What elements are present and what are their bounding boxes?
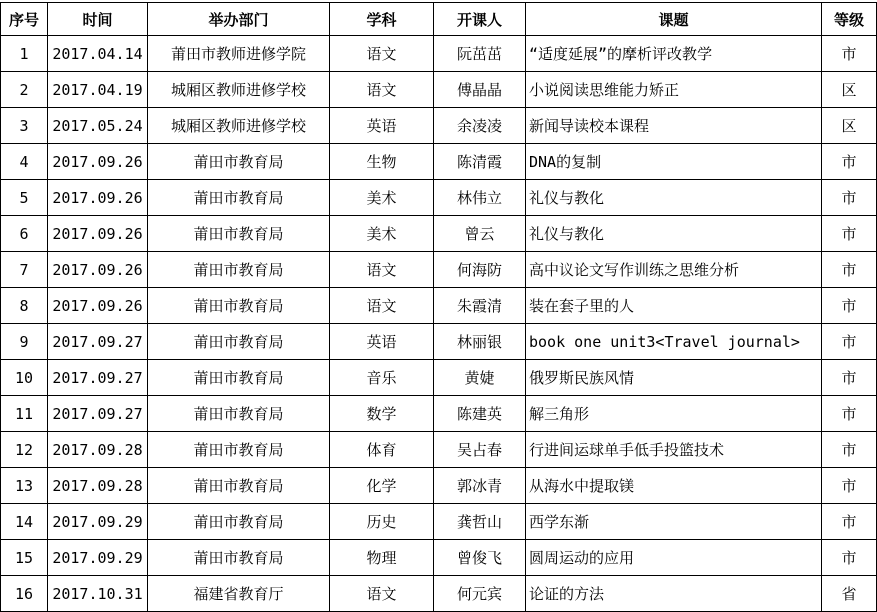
cell-no: 11 [1,396,48,432]
cell-subject: 美术 [330,180,434,216]
cell-no: 8 [1,288,48,324]
cell-date: 2017.09.28 [48,468,148,504]
cell-topic: 西学东渐 [526,504,822,540]
header-lecturer: 开课人 [434,3,526,36]
cell-level: 市 [822,396,877,432]
table-row: 162017.10.31福建省教育厅语文何元宾论证的方法省 [1,576,877,603]
table-row: 62017.09.26莆田市教育局美术曾云礼仪与教化市 [1,216,877,252]
cell-date: 2017.04.19 [48,72,148,108]
cell-date: 2017.09.27 [48,396,148,432]
cell-no: 3 [1,108,48,144]
table-row: 152017.09.29莆田市教育局物理曾俊飞圆周运动的应用市 [1,540,877,576]
table-row: 142017.09.29莆田市教育局历史龚哲山西学东渐市 [1,504,877,540]
cell-date: 2017.09.26 [48,144,148,180]
cell-department: 莆田市教育局 [148,324,330,360]
cell-subject: 体育 [330,432,434,468]
cell-date: 2017.10.31 [48,576,148,603]
cell-lecturer: 陈清霞 [434,144,526,180]
cell-department: 莆田市教育局 [148,360,330,396]
cell-lecturer: 陈建英 [434,396,526,432]
cell-level: 市 [822,432,877,468]
cell-topic: 解三角形 [526,396,822,432]
cell-department: 莆田市教育局 [148,216,330,252]
cell-topic: 装在套子里的人 [526,288,822,324]
cell-subject: 语文 [330,72,434,108]
cell-subject: 化学 [330,468,434,504]
cell-subject: 历史 [330,504,434,540]
document-sheet: 序号时间举办部门学科开课人课题等级 12017.04.14莆田市教师进修学院语文… [0,2,877,602]
cell-lecturer: 龚哲山 [434,504,526,540]
cell-lecturer: 曾俊飞 [434,540,526,576]
cell-level: 省 [822,576,877,603]
cell-lecturer: 曾云 [434,216,526,252]
cell-lecturer: 吴占春 [434,432,526,468]
cell-department: 莆田市教育局 [148,504,330,540]
cell-no: 16 [1,576,48,603]
cell-lecturer: 黄婕 [434,360,526,396]
table-row: 82017.09.26莆田市教育局语文朱霞清装在套子里的人市 [1,288,877,324]
cell-department: 福建省教育厅 [148,576,330,603]
cell-no: 5 [1,180,48,216]
table-row: 42017.09.26莆田市教育局生物陈清霞DNA的复制市 [1,144,877,180]
cell-lecturer: 余凌凌 [434,108,526,144]
cell-no: 6 [1,216,48,252]
cell-date: 2017.09.26 [48,288,148,324]
header-subject: 学科 [330,3,434,36]
table-head: 序号时间举办部门学科开课人课题等级 [1,3,877,36]
cell-department: 莆田市教育局 [148,144,330,180]
table-row: 72017.09.26莆田市教育局语文何海防高中议论文写作训练之思维分析市 [1,252,877,288]
cell-level: 市 [822,468,877,504]
table-row: 22017.04.19城厢区教师进修学校语文傅晶晶小说阅读思维能力矫正区 [1,72,877,108]
cell-topic: DNA的复制 [526,144,822,180]
cell-subject: 英语 [330,108,434,144]
cell-subject: 物理 [330,540,434,576]
header-date: 时间 [48,3,148,36]
cell-level: 市 [822,36,877,72]
cell-department: 城厢区教师进修学校 [148,108,330,144]
cell-subject: 数学 [330,396,434,432]
cell-no: 1 [1,36,48,72]
cell-no: 10 [1,360,48,396]
cell-lecturer: 傅晶晶 [434,72,526,108]
table-row: 52017.09.26莆田市教育局美术林伟立礼仪与教化市 [1,180,877,216]
cell-topic: 圆周运动的应用 [526,540,822,576]
cell-level: 市 [822,540,877,576]
cell-department: 莆田市教师进修学院 [148,36,330,72]
table-row: 32017.05.24城厢区教师进修学校英语余凌凌新闻导读校本课程区 [1,108,877,144]
cell-subject: 语文 [330,36,434,72]
cell-level: 市 [822,144,877,180]
cell-subject: 语文 [330,252,434,288]
cell-department: 城厢区教师进修学校 [148,72,330,108]
cell-no: 9 [1,324,48,360]
cell-no: 2 [1,72,48,108]
header-level: 等级 [822,3,877,36]
cell-date: 2017.09.26 [48,216,148,252]
table-row: 92017.09.27莆田市教育局英语林丽银book one unit3<Tra… [1,324,877,360]
cell-level: 市 [822,180,877,216]
table-row: 132017.09.28莆田市教育局化学郭冰青从海水中提取镁市 [1,468,877,504]
cell-topic: “适度延展”的摩析评改教学 [526,36,822,72]
cell-level: 市 [822,504,877,540]
cell-subject: 生物 [330,144,434,180]
cell-topic: 从海水中提取镁 [526,468,822,504]
cell-lecturer: 何海防 [434,252,526,288]
header-no: 序号 [1,3,48,36]
cell-level: 区 [822,72,877,108]
table-body: 12017.04.14莆田市教师进修学院语文阮茁茁“适度延展”的摩析评改教学市2… [1,36,877,603]
cell-date: 2017.05.24 [48,108,148,144]
cell-department: 莆田市教育局 [148,180,330,216]
cell-date: 2017.04.14 [48,36,148,72]
cell-subject: 美术 [330,216,434,252]
cell-subject: 语文 [330,576,434,603]
training-sessions-table: 序号时间举办部门学科开课人课题等级 12017.04.14莆田市教师进修学院语文… [0,2,877,602]
cell-no: 14 [1,504,48,540]
cell-subject: 音乐 [330,360,434,396]
header-department: 举办部门 [148,3,330,36]
cell-topic: 俄罗斯民族风情 [526,360,822,396]
cell-topic: 高中议论文写作训练之思维分析 [526,252,822,288]
cell-level: 市 [822,324,877,360]
cell-date: 2017.09.27 [48,324,148,360]
cell-date: 2017.09.26 [48,252,148,288]
cell-no: 15 [1,540,48,576]
header-topic: 课题 [526,3,822,36]
cell-lecturer: 林伟立 [434,180,526,216]
cell-date: 2017.09.26 [48,180,148,216]
cell-topic: 礼仪与教化 [526,180,822,216]
cell-lecturer: 阮茁茁 [434,36,526,72]
cell-level: 区 [822,108,877,144]
cell-department: 莆田市教育局 [148,468,330,504]
cell-level: 市 [822,216,877,252]
cell-topic: 小说阅读思维能力矫正 [526,72,822,108]
cell-date: 2017.09.29 [48,540,148,576]
cell-level: 市 [822,252,877,288]
cell-date: 2017.09.28 [48,432,148,468]
cell-lecturer: 郭冰青 [434,468,526,504]
cell-department: 莆田市教育局 [148,288,330,324]
cell-no: 13 [1,468,48,504]
cell-no: 12 [1,432,48,468]
cell-level: 市 [822,360,877,396]
table-row: 122017.09.28莆田市教育局体育吴占春行进间运球单手低手投篮技术市 [1,432,877,468]
table-row: 102017.09.27莆田市教育局音乐黄婕俄罗斯民族风情市 [1,360,877,396]
cell-department: 莆田市教育局 [148,432,330,468]
cell-department: 莆田市教育局 [148,396,330,432]
cell-department: 莆田市教育局 [148,252,330,288]
cell-topic: 论证的方法 [526,576,822,603]
cell-lecturer: 何元宾 [434,576,526,603]
cell-date: 2017.09.29 [48,504,148,540]
cell-subject: 英语 [330,324,434,360]
cell-lecturer: 林丽银 [434,324,526,360]
cell-topic: book one unit3<Travel journal> [526,324,822,360]
cell-department: 莆田市教育局 [148,540,330,576]
cell-subject: 语文 [330,288,434,324]
cell-date: 2017.09.27 [48,360,148,396]
table-row: 112017.09.27莆田市教育局数学陈建英解三角形市 [1,396,877,432]
cell-topic: 礼仪与教化 [526,216,822,252]
table-row: 12017.04.14莆田市教师进修学院语文阮茁茁“适度延展”的摩析评改教学市 [1,36,877,72]
cell-no: 4 [1,144,48,180]
cell-topic: 新闻导读校本课程 [526,108,822,144]
cell-lecturer: 朱霞清 [434,288,526,324]
cell-no: 7 [1,252,48,288]
cell-level: 市 [822,288,877,324]
table-header-row: 序号时间举办部门学科开课人课题等级 [1,3,877,36]
cell-topic: 行进间运球单手低手投篮技术 [526,432,822,468]
